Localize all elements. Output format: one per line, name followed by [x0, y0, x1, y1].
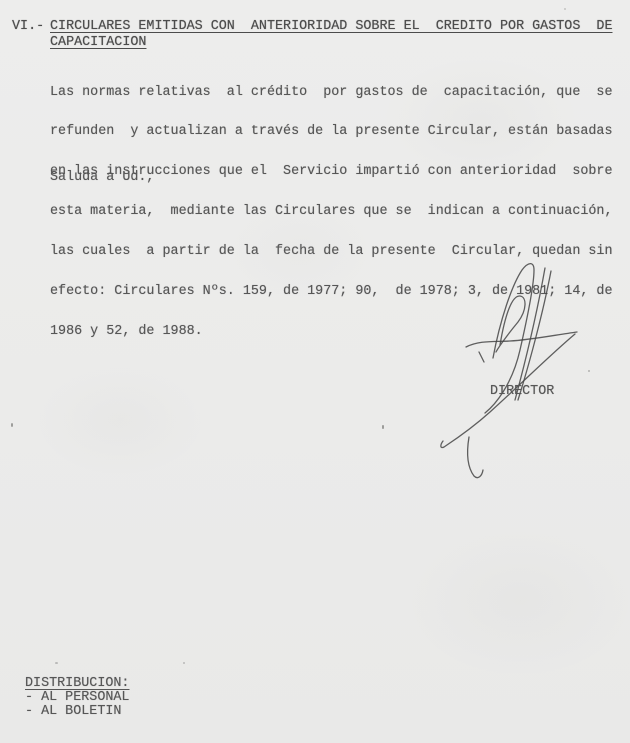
section-heading-line2: CAPACITACION — [50, 36, 146, 49]
signature-title: DIRECTOR — [490, 385, 554, 398]
distribution-item: - AL PERSONAL — [25, 691, 129, 704]
scan-speck — [588, 370, 590, 372]
scan-speck — [183, 662, 185, 664]
signature-scribble — [425, 253, 585, 495]
salutation: Saluda a Ud., — [50, 171, 154, 184]
scan-speck — [382, 425, 384, 429]
distribution-item: - AL BOLETIN — [25, 705, 121, 718]
scan-speck — [11, 423, 13, 427]
document-page: VI.- CIRCULARES EMITIDAS CON ANTERIORIDA… — [0, 0, 630, 743]
section-heading-line1: CIRCULARES EMITIDAS CON ANTERIORIDAD SOB… — [50, 20, 613, 33]
scan-speck — [55, 662, 58, 664]
section-number: VI.- — [12, 20, 44, 33]
paragraph-line: refunden y actualizan a través de la pre… — [50, 125, 613, 138]
paragraph-line: esta materia, mediante las Circulares qu… — [50, 205, 613, 218]
paragraph-line: Las normas relativas al crédito por gast… — [50, 86, 613, 99]
distribution-heading: DISTRIBUCION: — [25, 677, 129, 690]
scan-speck — [564, 8, 566, 10]
